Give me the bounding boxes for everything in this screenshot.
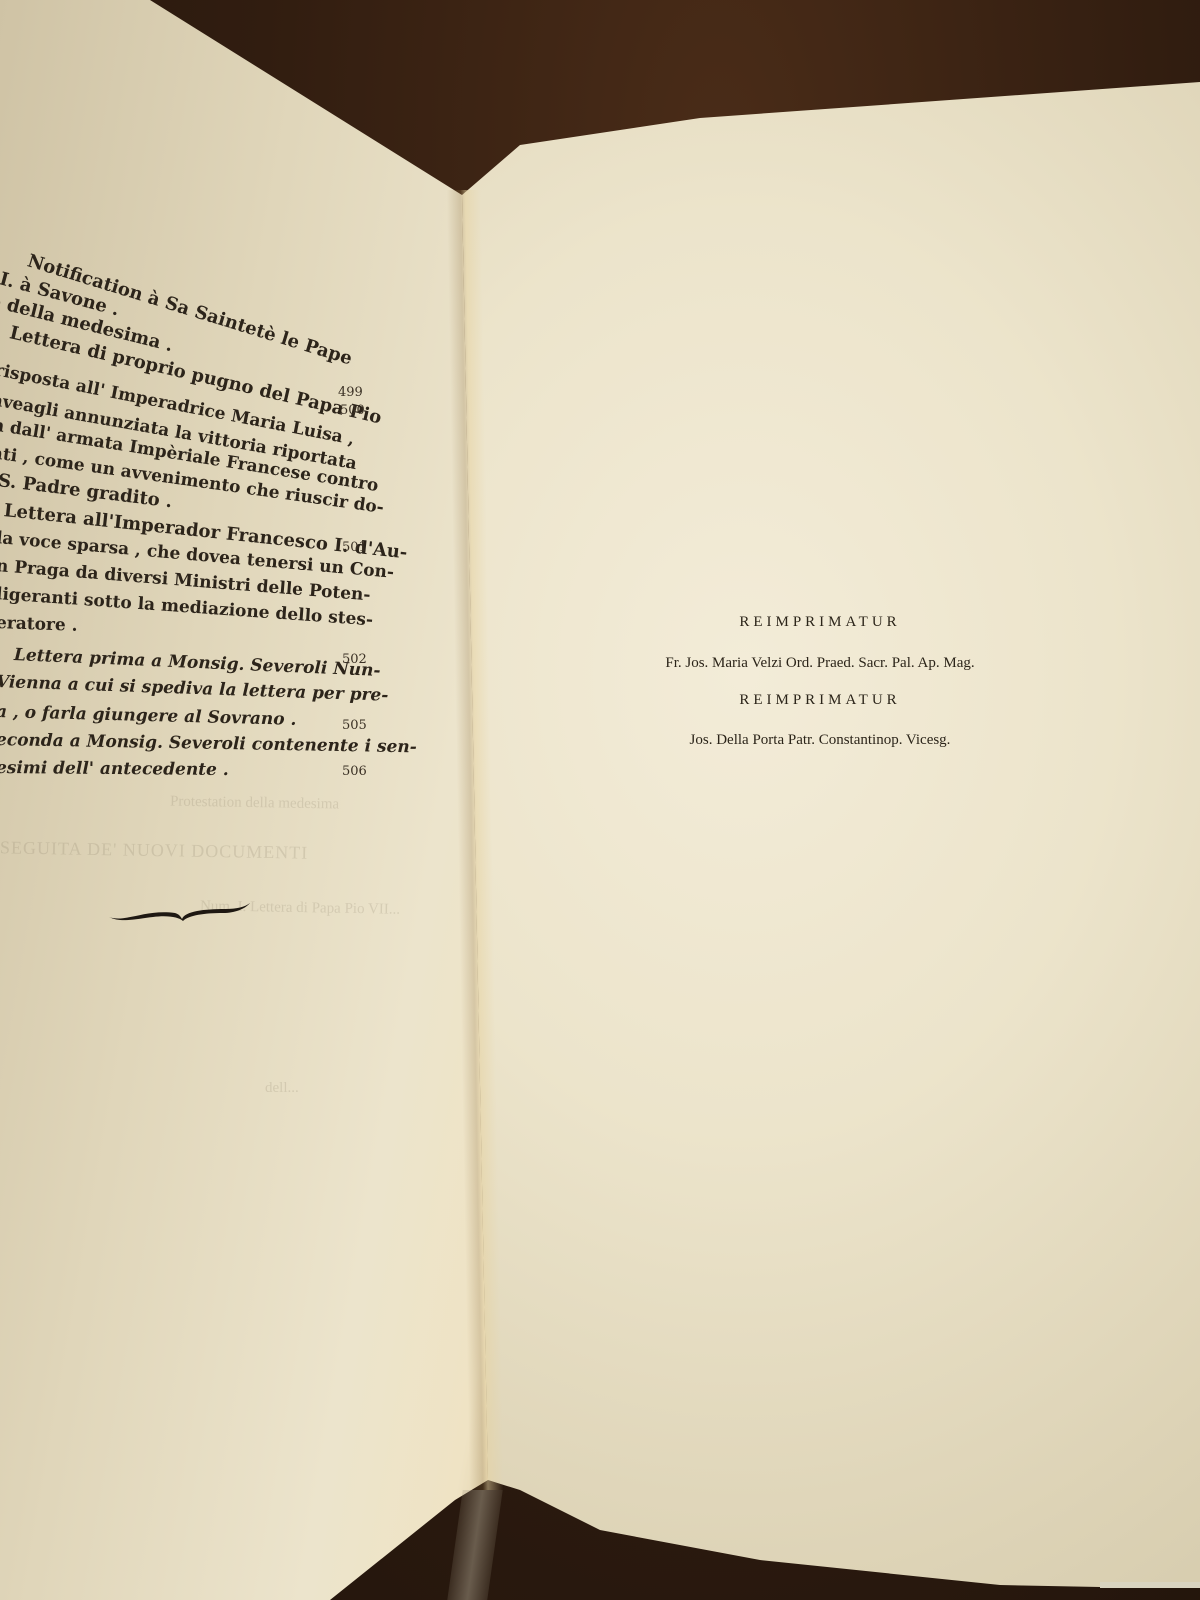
page-number: 499 — [338, 385, 363, 400]
page-number: 506 — [342, 764, 367, 779]
index-entry: eratore . — [0, 613, 78, 636]
tailpiece-ornament-icon — [105, 895, 255, 925]
imprimatur-signatory: Jos. Della Porta Patr. Constantinop. Vic… — [560, 732, 1080, 749]
page-number: 500 — [340, 403, 365, 418]
page-number: 502 — [342, 652, 367, 667]
page-number: 505 — [342, 718, 367, 733]
imprimatur-heading: REIMPRIMATUR — [560, 692, 1080, 709]
page-number: 501 — [342, 540, 367, 555]
page-edge — [1100, 1582, 1200, 1588]
index-entry: esimi dell' antecedente . — [0, 758, 229, 780]
imprimatur-signatory: Fr. Jos. Maria Velzi Ord. Praed. Sacr. P… — [560, 655, 1080, 672]
bleed-through-text: dell... — [265, 1080, 299, 1097]
bleed-through-text: Protestation della medesima — [170, 794, 339, 814]
imprimatur-heading: REIMPRIMATUR — [560, 614, 1080, 631]
